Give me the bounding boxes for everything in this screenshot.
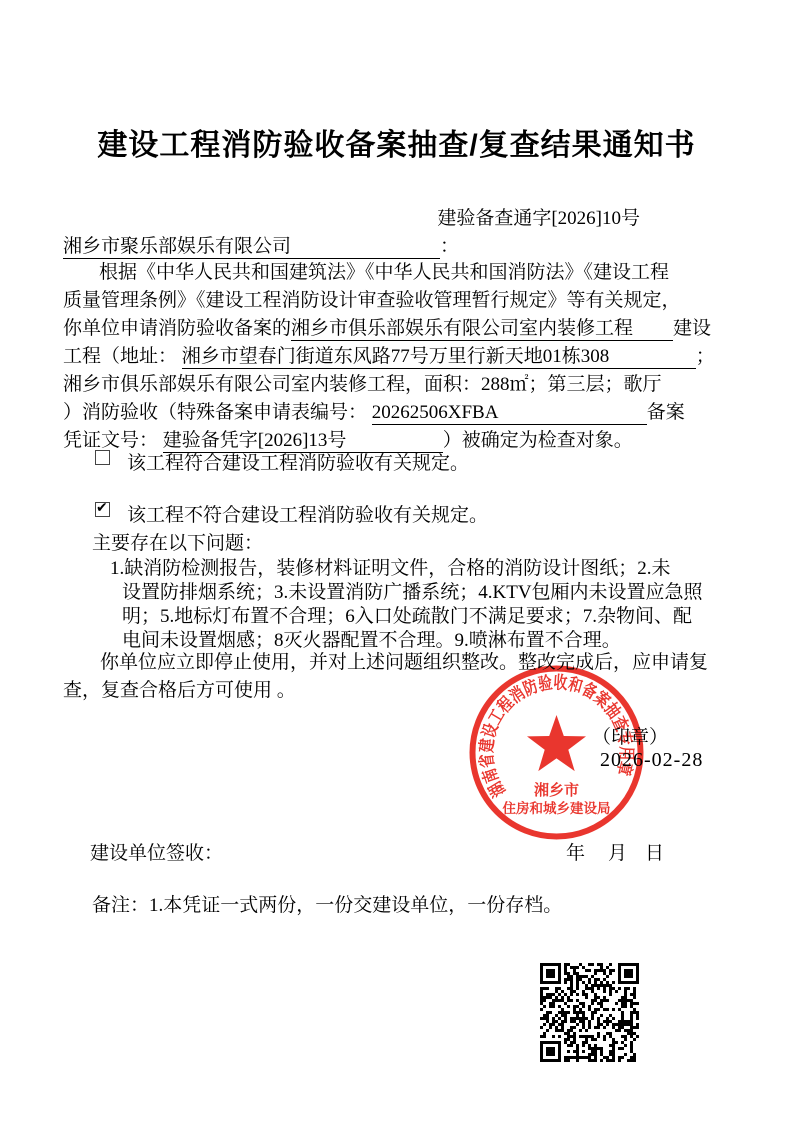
recipient-line: 湘乡市聚乐部娱乐有限公司： [63, 231, 459, 259]
stamp-org-line2: 住房和城乡建设局 [503, 800, 611, 816]
body-line-3: 你单位申请消防验收备案的湘乡市俱乐部娱乐有限公司室内装修工程建设 [63, 318, 711, 341]
problem-line-2: 设置防排烟系统；3.未设置消防广播系统；4.KTV包厢内未设置应急照 [122, 577, 703, 604]
body-line-2: 质量管理条例》《建设工程消防设计审查验收管理暂行规定》等有关规定， [63, 290, 681, 312]
sign-off-label: 建设单位签收： [90, 838, 223, 865]
notice-document: 建设工程消防验收备案抽查/复查结果通知书 建验备查通字[2026]10号 湘乡市… [0, 0, 793, 1122]
problems-heading: 主要存在以下问题： [92, 528, 263, 555]
body-line-4-text: 工程（地址： [63, 346, 182, 367]
problem-line-3: 明；5.地标灯布置不合理；6入口处疏散门不满足要求；7.杂物间、配 [122, 601, 692, 628]
sign-off-day: 日 [645, 838, 664, 865]
checkbox-checked-icon[interactable] [95, 502, 110, 517]
remark-note: 备注：1.本凭证一式两份，一份交建设单位，一份存档。 [92, 890, 562, 917]
body-line-1: 根据《中华人民共和国建筑法》《中华人民共和国消防法》《建设工程 [63, 262, 669, 284]
option-fail-label: 该工程不符合建设工程消防验收有关规定。 [127, 500, 488, 527]
option-pass-row: 该工程符合建设工程消防验收有关规定。 [95, 448, 469, 475]
body-line-3-tail: 建设 [673, 318, 711, 339]
project-name-field: 湘乡市俱乐部娱乐有限公司室内装修工程 [291, 318, 673, 341]
body-line-6: ）消防验收（特殊备案申请表编号： 20262506XFBA备案 [63, 402, 685, 425]
body-line-6-tail: 备案 [647, 402, 685, 423]
body-line-4-tail: ； [696, 346, 715, 367]
problem-line-1: 1.缺消防检测报告，装修材料证明文件，合格的消防设计图纸；2.未 [110, 553, 671, 580]
body-line-5: 湘乡市俱乐部娱乐有限公司室内装修工程，面积：288㎡；第三层；歌厅 [63, 374, 662, 396]
body-line-3-text: 你单位申请消防验收备案的 [63, 318, 291, 339]
official-seal-stamp: 湖南省建设工程消防验收和备案抽查专用章 湘乡市 住房和城乡建设局 [464, 660, 649, 845]
body-line-7-tail: ）被确定为检查对象。 [443, 430, 633, 451]
body-line-4: 工程（地址： 湘乡市望春门街道东风路77号万里行新天地01栋308； [63, 346, 715, 369]
recipient-colon: ： [440, 236, 459, 257]
body-line-6-text: ）消防验收（特殊备案申请表编号： [63, 402, 372, 423]
sign-off-month: 月 [608, 838, 627, 865]
application-form-number-field: 20262506XFBA [372, 402, 647, 425]
checkbox-unchecked-icon[interactable] [95, 450, 110, 465]
option-pass-label: 该工程符合建设工程消防验收有关规定。 [127, 448, 469, 475]
stamp-star-icon [527, 715, 586, 771]
project-address-field: 湘乡市望春门街道东风路77号万里行新天地01栋308 [182, 346, 696, 369]
stamp-org-line1: 湘乡市 [534, 781, 579, 799]
page-title: 建设工程消防验收备案抽查/复查结果通知书 [0, 120, 793, 164]
recipient-name: 湘乡市聚乐部娱乐有限公司 [63, 231, 440, 259]
document-number: 建验备查通字[2026]10号 [437, 203, 640, 230]
conclusion-line-2: 查，复查合格后方可使用 。 [63, 675, 296, 702]
option-fail-row: 该工程不符合建设工程消防验收有关规定。 [95, 500, 488, 527]
qr-code [540, 963, 639, 1062]
sign-off-year: 年 [566, 838, 585, 865]
